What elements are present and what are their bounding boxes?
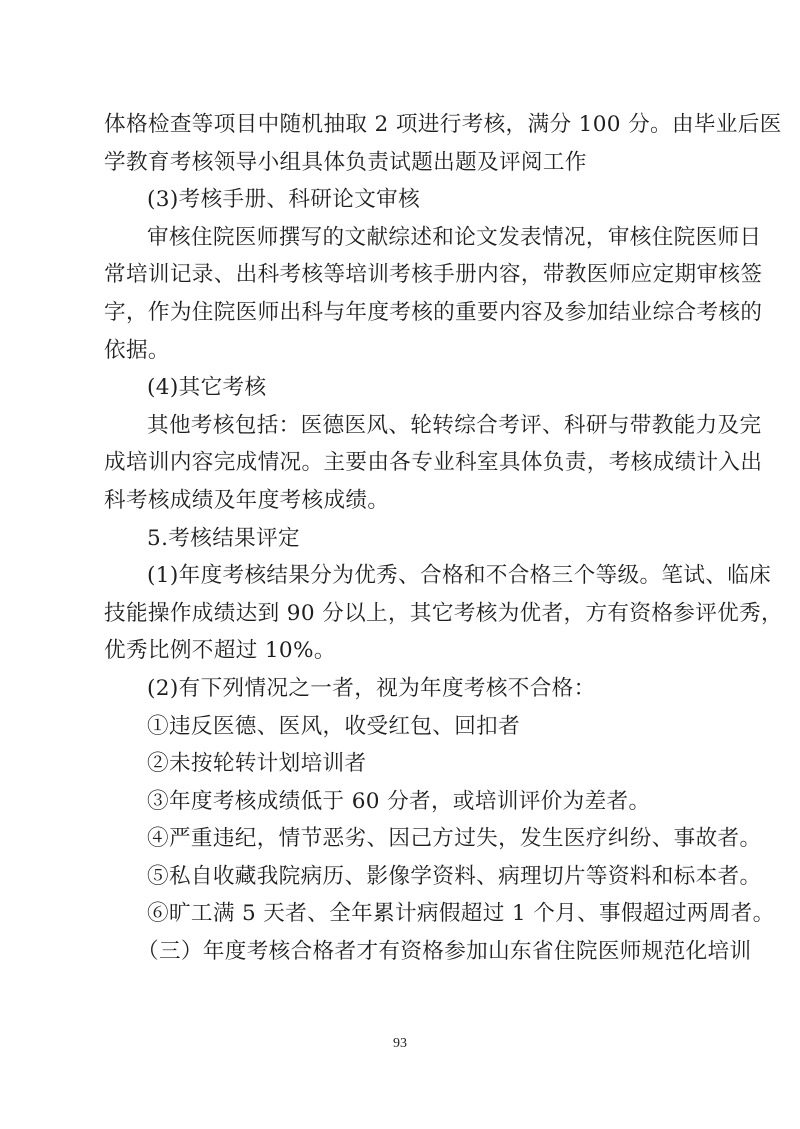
paragraph-line: (2)有下列情况之一者，视为年度考核不合格：: [104, 670, 700, 708]
paragraph-line: 审核住院医师撰写的文献综述和论文发表情况，审核住院医师日: [104, 219, 700, 257]
list-item: ③年度考核成绩低于 60 分者，或培训评价为差者。: [104, 783, 700, 821]
paragraph-line: 科考核成绩及年度考核成绩。: [104, 482, 700, 520]
section-heading: 5.考核结果评定: [104, 520, 700, 558]
paragraph-line: 依据。: [104, 332, 700, 370]
section-heading: (4)其它考核: [104, 369, 700, 407]
paragraph-line: (1)年度考核结果分为优秀、合格和不合格三个等级。笔试、临床: [104, 557, 700, 595]
list-item: ⑥旷工满 5 天者、全年累计病假超过 1 个月、事假超过两周者。: [104, 895, 700, 933]
paragraph-line: 字，作为住院医师出科与年度考核的重要内容及参加结业综合考核的: [104, 294, 700, 332]
list-item: ⑤私自收藏我院病历、影像学资料、病理切片等资料和标本者。: [104, 858, 700, 896]
paragraph-line: 体格检查等项目中随机抽取 2 项进行考核，满分 100 分。由毕业后医: [104, 106, 700, 144]
paragraph-line: 优秀比例不超过 10%。: [104, 632, 700, 670]
section-heading: （三）年度考核合格者才有资格参加山东省住院医师规范化培训: [104, 933, 700, 971]
paragraph-line: 其他考核包括：医德医风、轮转综合考评、科研与带教能力及完: [104, 407, 700, 445]
page-number: 93: [0, 1036, 800, 1052]
document-page: 体格检查等项目中随机抽取 2 项进行考核，满分 100 分。由毕业后医 学教育考…: [104, 106, 700, 971]
paragraph-line: 常培训记录、出科考核等培训考核手册内容，带教医师应定期审核签: [104, 256, 700, 294]
list-item: ①违反医德、医风，收受红包、回扣者: [104, 708, 700, 746]
paragraph-line: 技能操作成绩达到 90 分以上，其它考核为优者，方有资格参评优秀，: [104, 595, 700, 633]
paragraph-line: 成培训内容完成情况。主要由各专业科室具体负责，考核成绩计入出: [104, 444, 700, 482]
section-heading: (3)考核手册、科研论文审核: [104, 181, 700, 219]
list-item: ②未按轮转计划培训者: [104, 745, 700, 783]
list-item: ④严重违纪，情节恶劣、因己方过失，发生医疗纠纷、事故者。: [104, 820, 700, 858]
paragraph-line: 学教育考核领导小组具体负责试题出题及评阅工作: [104, 144, 700, 182]
